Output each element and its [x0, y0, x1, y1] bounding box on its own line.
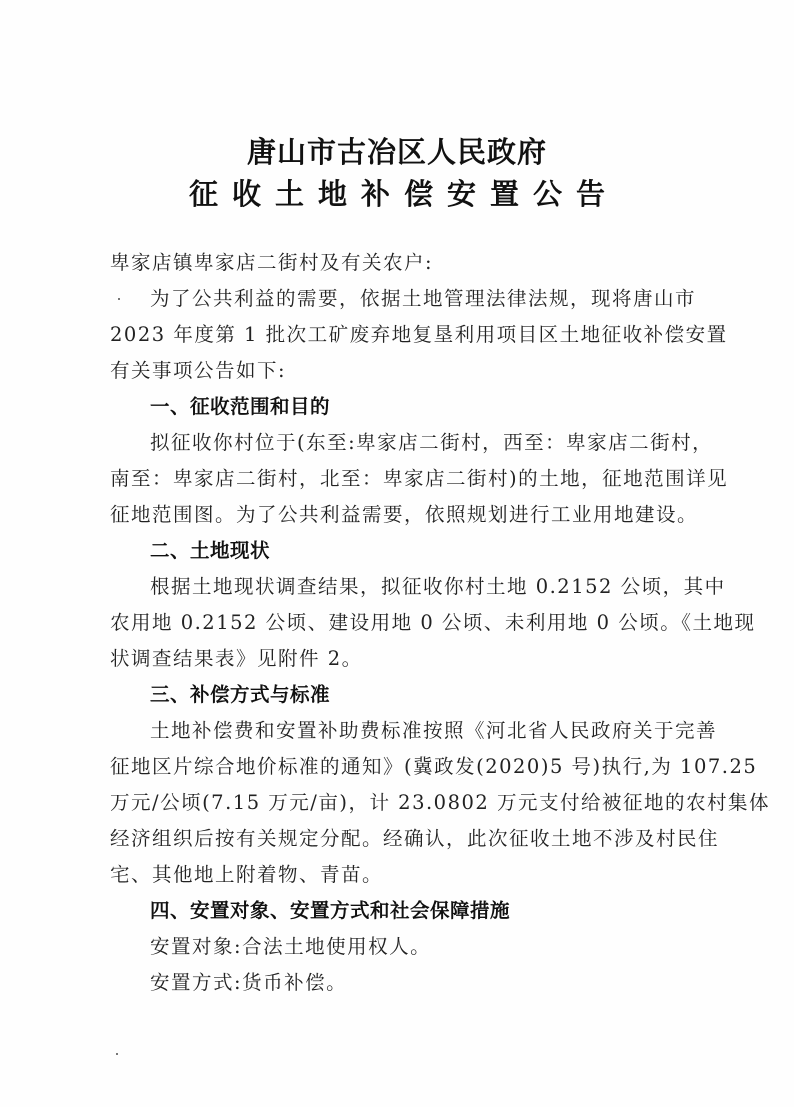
addressee: 卑家店镇卑家店二街村及有关农户: [110, 245, 722, 281]
section-line: 南至：卑家店二街村，北至：卑家店二街村)的土地，征地范围详见 [110, 461, 722, 497]
intro-line: 2023 年度第 1 批次工矿废弃地复垦利用项目区土地征收补偿安置 [110, 317, 722, 353]
section-line: 拟征收你村位于(东至:卑家店二街村，西至：卑家店二街村， [110, 425, 722, 461]
section-line: 安置对象:合法土地使用权人。 [110, 929, 722, 965]
section-heading-scope: 一、征收范围和目的 [110, 389, 722, 425]
section-line: 经济组织后按有关规定分配。经确认，此次征收土地不涉及村民住 [110, 821, 722, 857]
section-line: 状调查结果表》见附件 2。 [110, 641, 722, 677]
notice-body: 卑家店镇卑家店二街村及有关农户: 为了公共利益的需要，依据土地管理法律法规，现将… [110, 245, 722, 1001]
section-line: 征地区片综合地价标准的通知》(冀政发(2020)5 号)执行,为 107.25 [110, 749, 722, 785]
section-line: 土地补偿费和安置补助费标准按照《河北省人民政府关于完善 [110, 713, 722, 749]
scan-speck [116, 1053, 118, 1055]
section-heading-land-status: 二、土地现状 [110, 533, 722, 569]
intro-line: 有关事项公告如下: [110, 353, 722, 389]
section-heading-resettlement: 四、安置对象、安置方式和社会保障措施 [110, 893, 722, 929]
section-line: 宅、其他地上附着物、青苗。 [110, 857, 722, 893]
notice-title: 征收土地补偿安置公告 [0, 172, 794, 213]
issuer-title: 唐山市古冶区人民政府 [0, 130, 794, 171]
section-line: 征地范围图。为了公共利益需要，依照规划进行工业用地建设。 [110, 497, 722, 533]
section-line: 根据土地现状调查结果，拟征收你村土地 0.2152 公顷，其中 [110, 569, 722, 605]
section-line: 农用地 0.2152 公顷、建设用地 0 公顷、未利用地 0 公顷。《土地现 [110, 605, 722, 641]
section-line: 安置方式:货币补偿。 [110, 965, 722, 1001]
scan-speck [118, 298, 120, 300]
document-page: 唐山市古冶区人民政府 征收土地补偿安置公告 卑家店镇卑家店二街村及有关农户: 为… [0, 0, 794, 1107]
section-heading-compensation: 三、补偿方式与标准 [110, 677, 722, 713]
section-line: 万元/公顷(7.15 万元/亩)，计 23.0802 万元支付给被征地的农村集体 [110, 785, 722, 821]
intro-line: 为了公共利益的需要，依据土地管理法律法规，现将唐山市 [110, 281, 722, 317]
